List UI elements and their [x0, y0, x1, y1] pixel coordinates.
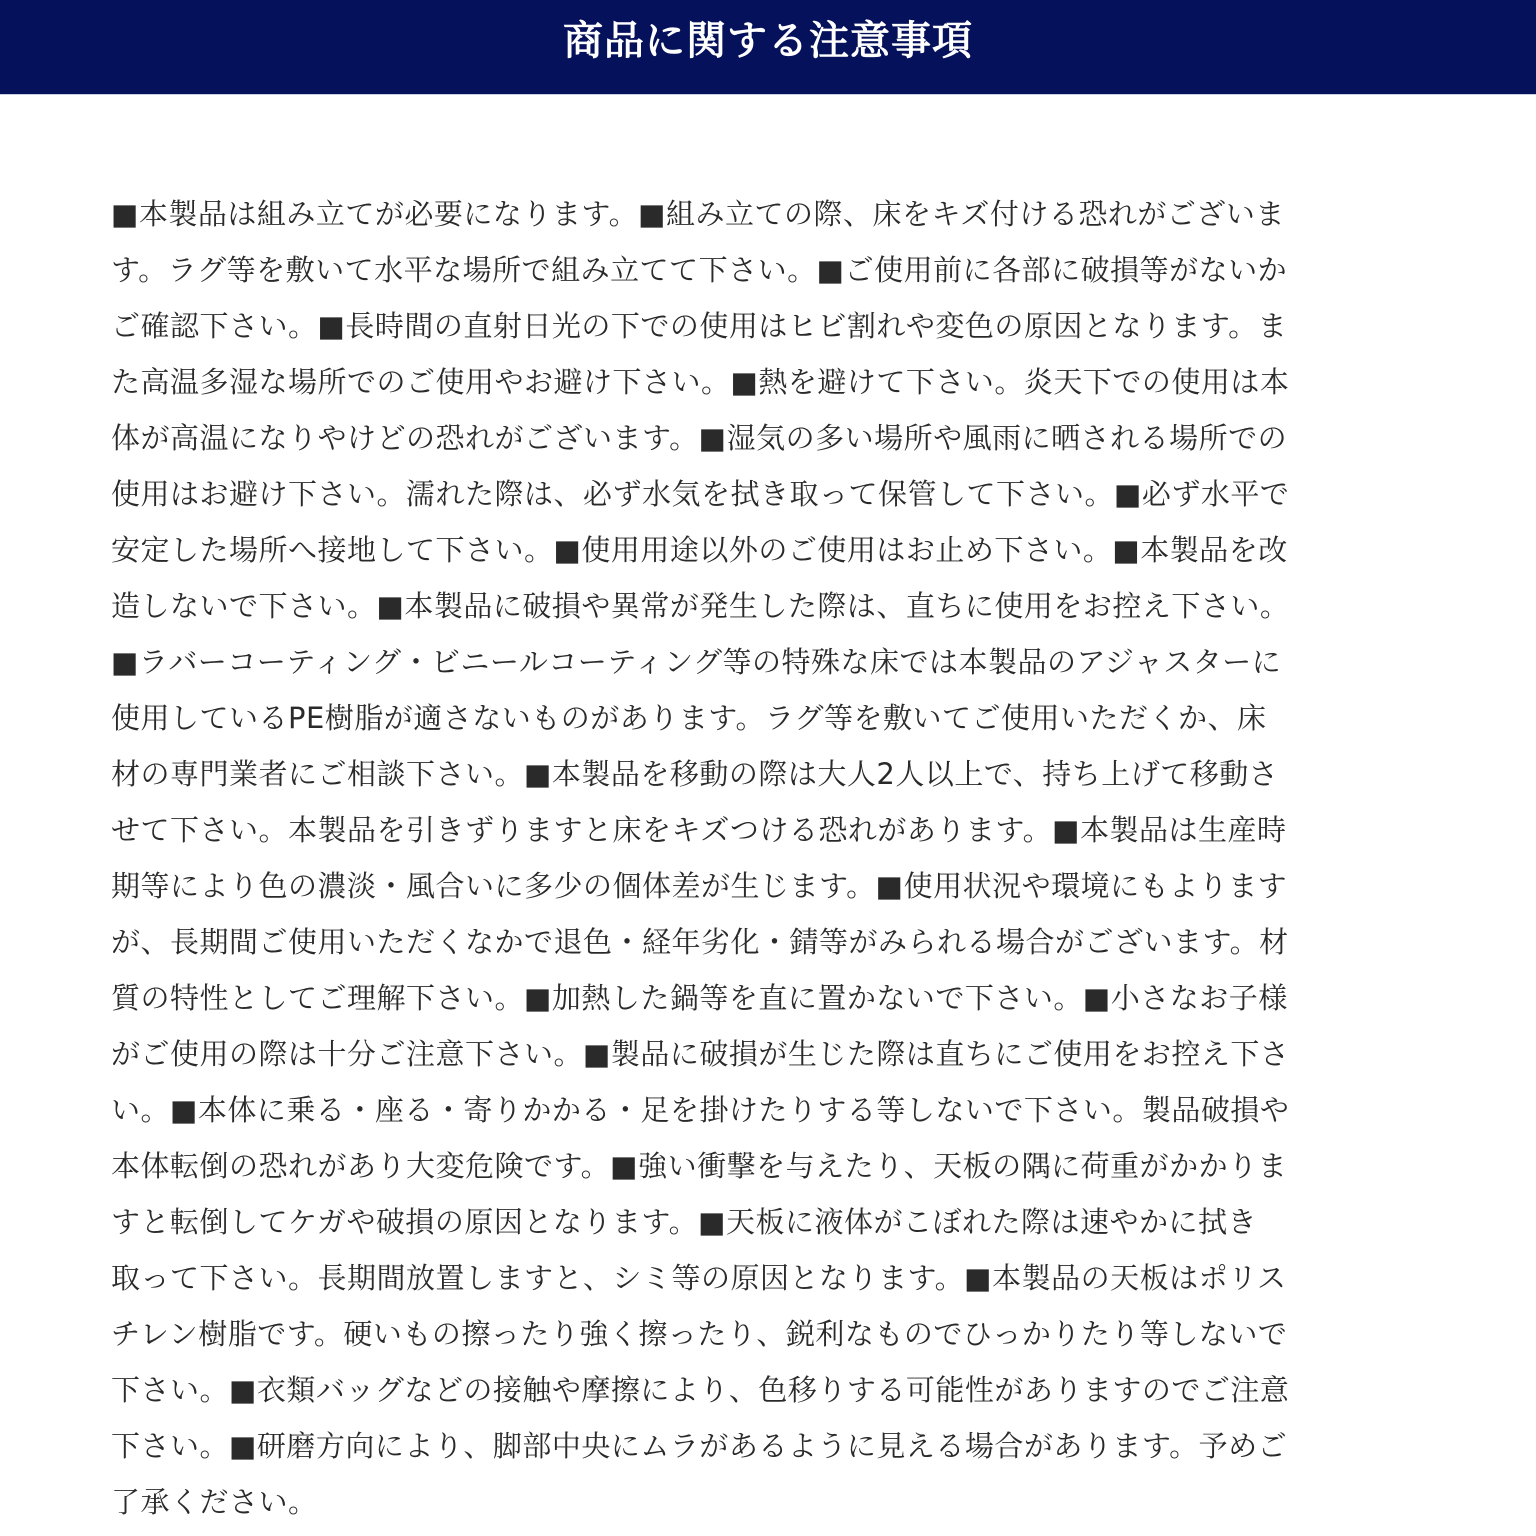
note-line: 安定した場所へ接地して下さい。■使用用途以外のご使用はお止め下さい。■本製品を改: [111, 522, 1431, 578]
note-line: ■本製品は組み立てが必要になります。■組み立ての際、床をキズ付ける恐れがございま: [111, 186, 1431, 242]
note-line: 使用しているPE樹脂が適さないものがあります。ラグ等を敷いてご使用いただくか、床: [111, 690, 1431, 746]
note-line: ご確認下さい。■長時間の直射日光の下での使用はヒビ割れや変色の原因となります。ま: [111, 298, 1431, 354]
note-line: 体が高温になりやけどの恐れがございます。■湿気の多い場所や風雨に晒される場所での: [111, 410, 1431, 466]
note-line: ■ラバーコーティング・ビニールコーティング等の特殊な床では本製品のアジャスターに: [111, 634, 1431, 690]
page-title: 商品に関する注意事項: [563, 21, 973, 61]
note-line: 期等により色の濃淡・風合いに多少の個体差が生じます。■使用状況や環境にもよります: [111, 858, 1431, 914]
note-line: す。ラグ等を敷いて水平な場所で組み立てて下さい。■ご使用前に各部に破損等がないか: [111, 242, 1431, 298]
note-line: 下さい。■衣類バッグなどの接触や摩擦により、色移りする可能性がありますのでご注意: [111, 1362, 1431, 1418]
note-line: 使用はお避け下さい。濡れた際は、必ず水気を拭き取って保管して下さい。■必ず水平で: [111, 466, 1431, 522]
note-line: 造しないで下さい。■本製品に破損や異常が発生した際は、直ちに使用をお控え下さい。: [111, 578, 1431, 634]
header-bar: 商品に関する注意事項: [0, 0, 1536, 95]
note-line: チレン樹脂です。硬いもの擦ったり強く擦ったり、鋭利なものでひっかりたり等しないで: [111, 1306, 1431, 1362]
note-line: がご使用の際は十分ご注意下さい。■製品に破損が生じた際は直ちにご使用をお控え下さ: [111, 1026, 1431, 1082]
note-line: い。■本体に乗る・座る・寄りかかる・足を掛けたりする等しないで下さい。製品破損や: [111, 1082, 1431, 1138]
caution-notes: ■本製品は組み立てが必要になります。■組み立ての際、床をキズ付ける恐れがございま…: [111, 186, 1431, 1530]
note-line: 了承ください。: [111, 1474, 1431, 1530]
note-line: た高温多湿な場所でのご使用やお避け下さい。■熱を避けて下さい。炎天下での使用は本: [111, 354, 1431, 410]
note-line: せて下さい。本製品を引きずりますと床をキズつける恐れがあります。■本製品は生産時: [111, 802, 1431, 858]
note-line: 材の専門業者にご相談下さい。■本製品を移動の際は大人2人以上で、持ち上げて移動さ: [111, 746, 1431, 802]
note-line: が、長期間ご使用いただくなかで退色・経年劣化・錆等がみられる場合がございます。材: [111, 914, 1431, 970]
note-line: 本体転倒の恐れがあり大変危険です。■強い衝撃を与えたり、天板の隅に荷重がかかりま: [111, 1138, 1431, 1194]
note-line: すと転倒してケガや破損の原因となります。■天板に液体がこぼれた際は速やかに拭き: [111, 1194, 1431, 1250]
note-line: 質の特性としてご理解下さい。■加熱した鍋等を直に置かないで下さい。■小さなお子様: [111, 970, 1431, 1026]
note-line: 下さい。■研磨方向により、脚部中央にムラがあるように見える場合があります。予めご: [111, 1418, 1431, 1474]
note-line: 取って下さい。長期間放置しますと、シミ等の原因となります。■本製品の天板はポリス: [111, 1250, 1431, 1306]
